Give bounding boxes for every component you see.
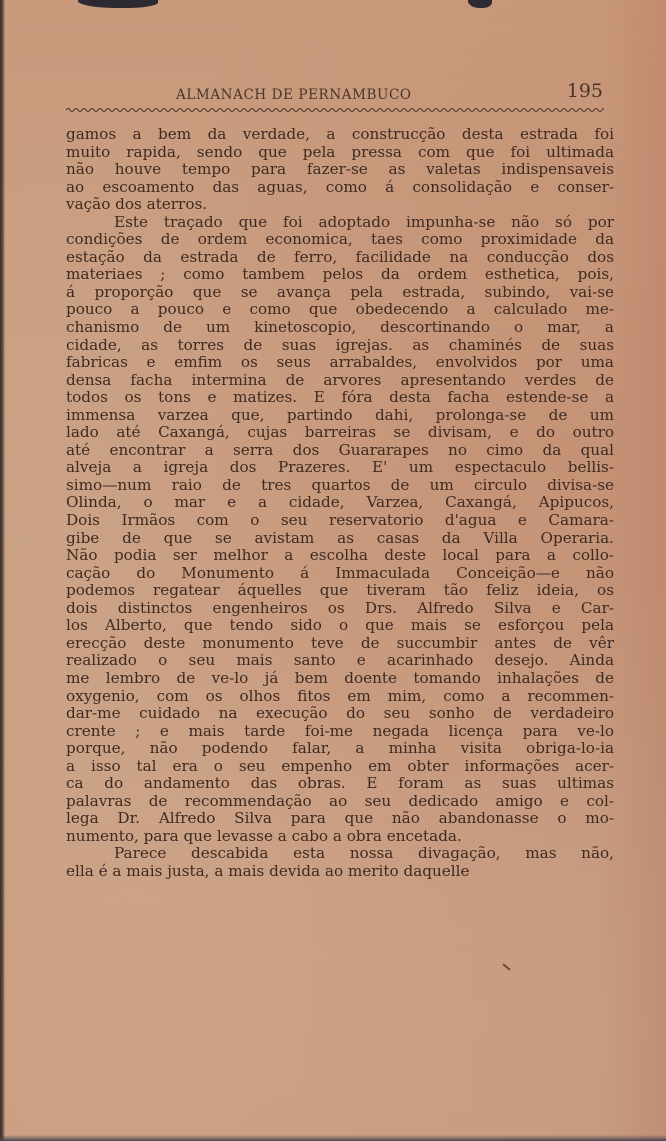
text-line: immensa varzea que, partindo dahi, prolo… — [66, 407, 614, 425]
running-header: ALMANACH DE PERNAMBUCO 195 — [62, 80, 607, 106]
body-text: gamos a bem da verdade, a construcção de… — [66, 126, 614, 881]
scanned-page: ALMANACH DE PERNAMBUCO 195 gamos a bem d… — [0, 0, 666, 1141]
text-line: até encontrar a serra dos Guararapes no … — [66, 442, 614, 460]
text-line: oxygenio, com os olhos fitos em mim, com… — [66, 688, 614, 706]
text-line: Este traçado que foi adoptado impunha-se… — [66, 214, 614, 232]
running-title: ALMANACH DE PERNAMBUCO — [176, 87, 412, 103]
text-line: gamos a bem da verdade, a construcção de… — [66, 126, 614, 144]
text-line: realizado o seu mais santo e acarinhado … — [66, 652, 614, 670]
ink-blot — [78, 0, 158, 8]
text-line: á proporção que se avança pela estrada, … — [66, 284, 614, 302]
text-line: Dois Irmãos com o seu reservatorio d'agu… — [66, 512, 614, 530]
text-line: estação da estrada de ferro, facilidade … — [66, 249, 614, 267]
text-line: palavras de recommendação ao seu dedicad… — [66, 793, 614, 811]
text-line: chanismo de um kinetoscopio, descortinan… — [66, 319, 614, 337]
text-line: alveja a igreja dos Prazeres. E' um espe… — [66, 459, 614, 477]
text-line: crente ; e mais tarde foi-me negada lice… — [66, 723, 614, 741]
text-line: me lembro de ve-lo já bem doente tomando… — [66, 670, 614, 688]
text-line: muito rapida, sendo que pela pressa com … — [66, 144, 614, 162]
text-line: fabricas e emfim os seus arrabaldes, env… — [66, 354, 614, 372]
text-line: lega Dr. Alfredo Silva para que não aban… — [66, 810, 614, 828]
text-line: los Alberto, que tendo sido o que mais s… — [66, 617, 614, 635]
text-line: numento, para que levasse a cabo a obra … — [66, 828, 614, 846]
text-line: porque, não podendo falar, a minha visit… — [66, 740, 614, 758]
wavy-rule — [66, 106, 604, 114]
text-line: dois distinctos engenheiros os Drs. Alfr… — [66, 600, 614, 618]
text-line: pouco a pouco e como que obedecendo a ca… — [66, 301, 614, 319]
text-line: a isso tal era o seu empenho em obter in… — [66, 758, 614, 776]
text-line: vação dos aterros. — [66, 196, 614, 214]
text-line: materiaes ; como tambem pelos da ordem e… — [66, 266, 614, 284]
text-line: gibe de que se avistam as casas da Villa… — [66, 530, 614, 548]
text-line: todos os tons e matizes. E fóra desta fa… — [66, 389, 614, 407]
text-line: erecção deste monumento teve de succumbi… — [66, 635, 614, 653]
text-line: densa facha intermina de arvores apresen… — [66, 372, 614, 390]
text-line: ca do andamento das obras. E foram as su… — [66, 775, 614, 793]
text-line: ao escoamento das aguas, como á consolid… — [66, 179, 614, 197]
page-bottom-edge — [0, 1135, 666, 1141]
page-binding-edge — [0, 0, 5, 1141]
text-line: Não podia ser melhor a escolha deste loc… — [66, 547, 614, 565]
stray-mark — [502, 963, 510, 970]
text-line: dar-me cuidado na execução do seu sonho … — [66, 705, 614, 723]
text-line: simo—num raio de tres quartos de um circ… — [66, 477, 614, 495]
ink-blot — [468, 0, 492, 8]
text-line: Olinda, o mar e a cidade, Varzea, Caxang… — [66, 494, 614, 512]
text-line: condições de ordem economica, taes como … — [66, 231, 614, 249]
text-line: lado até Caxangá, cujas barreiras se div… — [66, 424, 614, 442]
text-line: cidade, as torres de suas igrejas. as ch… — [66, 337, 614, 355]
text-line: podemos regatear áquelles que tiveram tã… — [66, 582, 614, 600]
page-number: 195 — [567, 80, 603, 102]
text-line: não houve tempo para fazer-se as valetas… — [66, 161, 614, 179]
text-line: ella é a mais justa, a mais devida ao me… — [66, 863, 614, 881]
text-line: cação do Monumento á Immaculada Conceiçã… — [66, 565, 614, 583]
text-line: Parece descabida esta nossa divagação, m… — [66, 845, 614, 863]
